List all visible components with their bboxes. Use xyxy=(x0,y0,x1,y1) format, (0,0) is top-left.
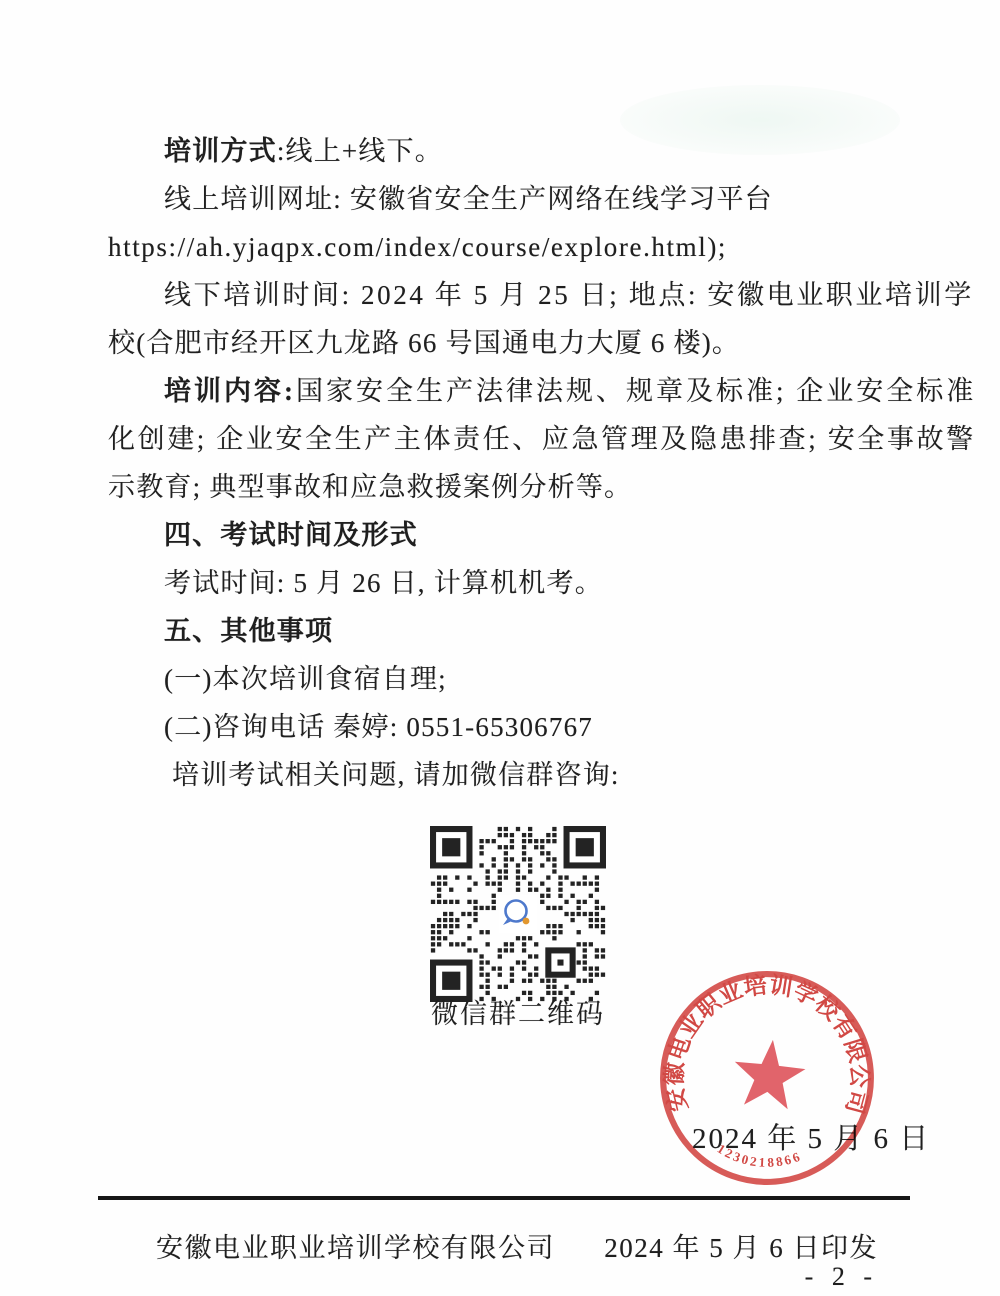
line-text: :线上+线下。 xyxy=(277,136,443,166)
paragraph-line: 线上培训网址: 安徽省安全生产网络在线学习平台 xyxy=(108,175,894,223)
training-url: https://ah.yjaqpx.com/index/course/explo… xyxy=(108,223,894,271)
footer-print-date: 2024 年 5 月 6 日印发 xyxy=(604,1226,878,1265)
line-text: 线下培训时间: 2024 年 5 月 25 日; 地点: 安徽电业职业培训学 xyxy=(164,280,974,310)
line-text: 示教育; 典型事故和应急救援案例分析等。 xyxy=(108,472,632,502)
section-heading: 四、考试时间及形式 xyxy=(108,511,894,559)
paragraph-line: 示教育; 典型事故和应急救援案例分析等。 xyxy=(108,463,894,511)
svg-text:1230218866: 1230218866 xyxy=(714,1138,804,1172)
document-page: 培训方式:线上+线下。 线上培训网址: 安徽省安全生产网络在线学习平台 http… xyxy=(0,0,1000,1296)
paragraph-line: 培训考试相关问题, 请加微信群咨询: xyxy=(108,751,894,799)
line-text: 化创建; 企业安全生产主体责任、应急管理及隐患排查; 安全事故警 xyxy=(108,424,976,454)
line-text: 考试时间: 5 月 26 日, 计算机机考。 xyxy=(164,568,603,598)
line-bold-label: 培训方式 xyxy=(164,136,277,166)
line-text: (一)本次培训食宿自理; xyxy=(164,664,447,694)
paragraph-line: (一)本次培训食宿自理; xyxy=(108,655,894,703)
paragraph-line: 化创建; 企业安全生产主体责任、应急管理及隐患排查; 安全事故警 xyxy=(108,415,894,463)
line-text: 线上培训网址: 安徽省安全生产网络在线学习平台 xyxy=(164,184,773,214)
wechat-bubble-icon xyxy=(506,901,527,922)
stamp-star-icon xyxy=(734,1039,807,1111)
line-bold-label: 四、考试时间及形式 xyxy=(164,520,418,550)
contact-phone-line: (二)咨询电话 秦婷: 0551-65306767 xyxy=(108,703,894,751)
page-number: - 2 - xyxy=(805,1262,878,1292)
paragraph-line: 线下培训时间: 2024 年 5 月 25 日; 地点: 安徽电业职业培训学 xyxy=(108,271,894,319)
company-seal-stamp: 安徽电业职业培训学校有限公司 1230218866 xyxy=(649,960,885,1196)
footer-divider xyxy=(98,1196,910,1200)
paragraph-line: 考试时间: 5 月 26 日, 计算机机考。 xyxy=(108,559,894,607)
qr-caption: 微信群二维码 xyxy=(426,992,610,1031)
line-bold-label: 培训内容: xyxy=(164,376,296,406)
svg-text:安徽电业职业培训学校有限公司: 安徽电业职业培训学校有限公司 xyxy=(657,968,873,1124)
line-text: 培训考试相关问题, 请加微信群咨询: xyxy=(172,760,620,790)
stamp-company-name: 安徽电业职业培训学校有限公司 xyxy=(657,968,873,1124)
qr-logo-orange-dot xyxy=(523,918,530,925)
qr-code-image xyxy=(430,826,606,1002)
paragraph-line: 培训方式:线上+线下。 xyxy=(108,127,894,175)
line-bold-label: 五、其他事项 xyxy=(164,616,333,646)
wechat-group-qr-code xyxy=(430,826,606,1002)
stamp-serial-number: 1230218866 xyxy=(714,1138,804,1172)
line-text: 国家安全生产法律法规、规章及标准; 企业安全标准 xyxy=(296,376,976,406)
document-body: 培训方式:线上+线下。 线上培训网址: 安徽省安全生产网络在线学习平台 http… xyxy=(108,127,894,799)
line-text: 校(合肥市经开区九龙路 66 号国通电力大厦 6 楼)。 xyxy=(108,328,740,358)
paragraph-line: 培训内容:国家安全生产法律法规、规章及标准; 企业安全标准 xyxy=(108,367,894,415)
footer-issuer: 安徽电业职业培训学校有限公司 xyxy=(156,1226,555,1265)
line-text: (二)咨询电话 秦婷: 0551-65306767 xyxy=(164,712,593,742)
line-text: https://ah.yjaqpx.com/index/course/explo… xyxy=(108,232,727,262)
section-heading: 五、其他事项 xyxy=(108,607,894,655)
paragraph-line: 校(合肥市经开区九龙路 66 号国通电力大厦 6 楼)。 xyxy=(108,319,894,367)
